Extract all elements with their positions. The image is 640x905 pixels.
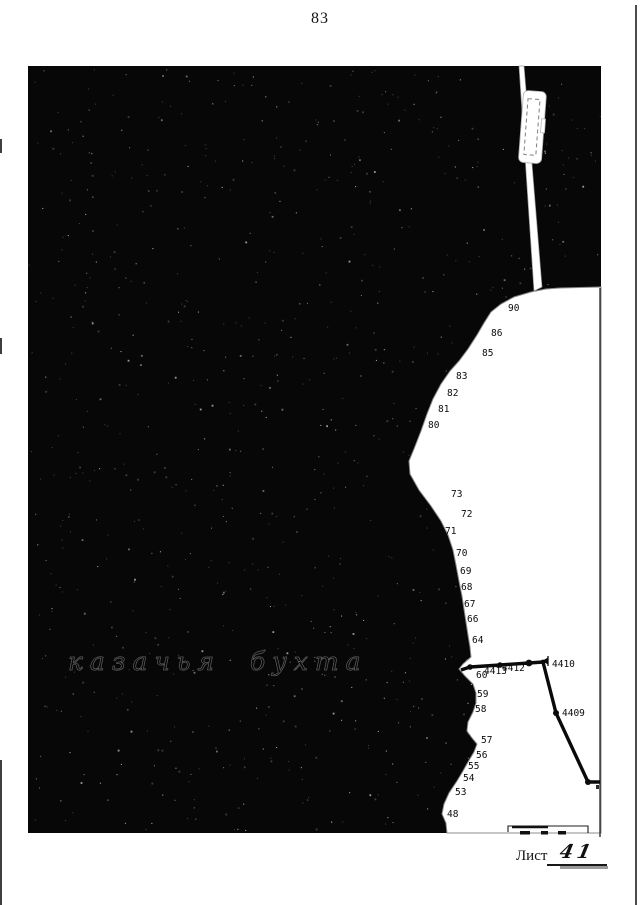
marker-72: 72 — [461, 509, 472, 520]
route-label-4412: 4412 — [502, 663, 525, 674]
marker-57: 57 — [481, 735, 492, 746]
scanned-chart-page: 83 казачья бухта — [0, 0, 640, 905]
marker-73: 73 — [451, 489, 462, 500]
route-end-mark — [596, 785, 599, 789]
marker-53: 53 — [455, 787, 466, 798]
marker-54: 54 — [463, 773, 475, 784]
marker-81: 81 — [438, 404, 450, 415]
marker-83: 83 — [456, 371, 467, 382]
marker-59: 59 — [477, 689, 489, 700]
marker-85: 85 — [482, 348, 493, 359]
marker-56: 56 — [476, 750, 488, 761]
marker-48: 48 — [447, 809, 459, 820]
marker-71: 71 — [445, 526, 457, 537]
marker-80: 80 — [428, 420, 440, 431]
route-label-4410: 4410 — [552, 659, 575, 670]
marker-90: 90 — [508, 303, 520, 314]
sheet-label: Лист — [516, 848, 547, 865]
sheet-number-handwritten: 41 — [558, 841, 597, 863]
route-label-4409: 4409 — [562, 708, 585, 719]
marker-69: 69 — [460, 566, 472, 577]
sheet-underline-shadow — [560, 866, 608, 869]
marker-82: 82 — [447, 388, 458, 399]
marker-55: 55 — [468, 761, 479, 772]
sheet-caption: Лист 41 — [516, 845, 636, 875]
marker-64: 64 — [472, 635, 484, 646]
marker-70: 70 — [456, 548, 468, 559]
nautical-chart: казачья бухта 908685838 — [0, 0, 640, 905]
marker-68: 68 — [461, 582, 473, 593]
marker-86: 86 — [491, 328, 503, 339]
marker-66: 66 — [467, 614, 479, 625]
marker-58: 58 — [475, 704, 487, 715]
marker-67: 67 — [464, 599, 475, 610]
bay-name-label: казачья бухта — [68, 647, 368, 676]
